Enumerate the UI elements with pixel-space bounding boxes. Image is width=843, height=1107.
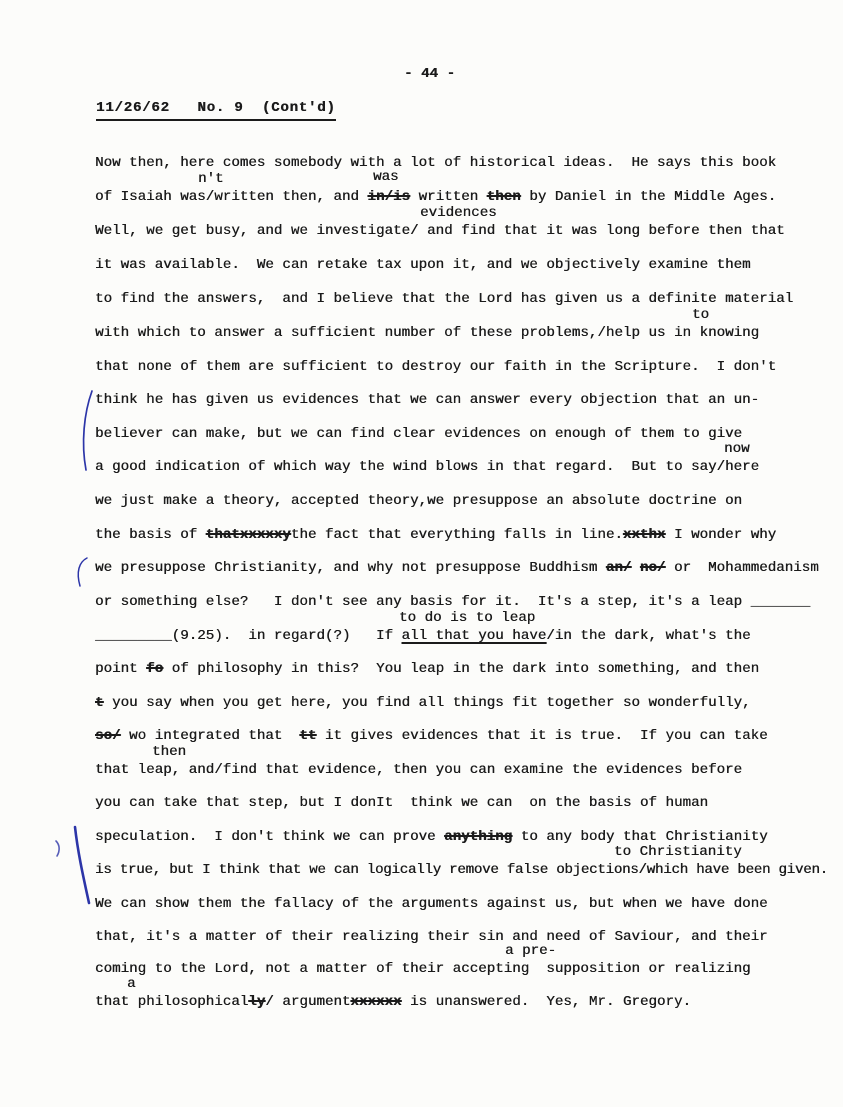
text-segment: wo integrated that <box>121 728 300 744</box>
text-segment: or something else? I don't see any basis… <box>95 594 751 610</box>
text-segment: the basis of <box>95 527 206 543</box>
struck-text: then <box>487 189 521 205</box>
struck-text: an/ <box>606 560 632 576</box>
doc-line: it was available. We can retake tax upon… <box>95 257 751 273</box>
struck-text: thatxxxxxy <box>206 527 291 543</box>
text-segment: the fact that everything falls in line. <box>291 527 623 543</box>
text-segment: of Isaiah was/written then, and <box>95 189 367 205</box>
struck-text: ly <box>248 994 265 1010</box>
struck-text: tt <box>299 728 316 744</box>
text-segment: you say when you get here, you find all … <box>104 695 751 711</box>
doc-line: think he has given us evidences that we … <box>95 392 759 408</box>
doc-line: coming to the Lord, not a matter of thei… <box>95 961 751 977</box>
text-segment: that none of them are sufficient to dest… <box>95 359 776 375</box>
struck-text: in/is <box>367 189 410 205</box>
text-segment: Now then, here comes somebody with a lot… <box>95 155 776 171</box>
text-segment: with which to answer a sufficient number… <box>95 325 759 341</box>
text-segment: _______ <box>751 594 811 610</box>
doc-line: we just make a theory, accepted theory,w… <box>95 493 742 509</box>
text-segment: to any body that Christianity <box>512 829 767 845</box>
doc-line: is true, but I think that we can logical… <box>95 862 828 878</box>
inserted-correction: n't <box>198 172 224 186</box>
inserted-correction: to <box>692 308 709 322</box>
text-segment: believer can make, but we can find clear… <box>95 426 742 442</box>
doc-line: that none of them are sufficient to dest… <box>95 359 776 375</box>
doc-line: We can show them the fallacy of the argu… <box>95 896 768 912</box>
text-segment: it gives evidences that it is true. If y… <box>316 728 767 744</box>
doc-line: to find the answers, and I believe that … <box>95 291 793 307</box>
text-segment: you can take that step, but I donIt thin… <box>95 795 708 811</box>
text-segment: /in the dark, what's the <box>546 628 750 644</box>
struck-text: xxthx <box>623 527 666 543</box>
inserted-correction: to Christianity <box>614 845 742 859</box>
text-segment: point <box>95 661 146 677</box>
inserted-correction: was <box>373 170 399 184</box>
struck-text: anything <box>444 829 512 845</box>
document-page: - 44 - 11/26/62 No. 9 (Cont'd) Now then,… <box>0 0 843 1107</box>
doc-line: of Isaiah was/written then, and in/is wr… <box>95 189 776 205</box>
text-segment: that philosophical <box>95 994 248 1010</box>
doc-body: Now then, here comes somebody with a lot… <box>0 0 843 1107</box>
inserted-correction: a pre- <box>505 944 556 958</box>
inserted-correction: evidences <box>420 206 497 220</box>
text-segment: that leap, and/find that evidence, then … <box>95 762 742 778</box>
doc-line: you can take that step, but I donIt thin… <box>95 795 708 811</box>
inserted-correction: then <box>152 745 186 759</box>
text-segment: to find the answers, and I believe that … <box>95 291 793 307</box>
doc-line: or something else? I don't see any basis… <box>95 594 810 610</box>
doc-line: a good indication of which way the wind … <box>95 459 759 475</box>
text-segment: or Mohammedanism <box>665 560 818 576</box>
struck-text: t <box>95 695 104 711</box>
doc-line: that, it's a matter of their realizing t… <box>95 929 768 945</box>
doc-line: Now then, here comes somebody with a lot… <box>95 155 776 171</box>
text-segment: / argument <box>265 994 350 1010</box>
doc-line: Well, we get busy, and we investigate/ a… <box>95 223 785 239</box>
struck-text: so/ <box>95 728 121 744</box>
text-segment: written <box>410 189 487 205</box>
struck-text: fo <box>146 661 163 677</box>
text-segment: I wonder why <box>665 527 776 543</box>
text-segment: _________(9.25). in regard(?) If <box>95 628 402 644</box>
text-segment: a good indication of which way the wind … <box>95 459 759 475</box>
doc-line: so/ wo integrated that tt it gives evide… <box>95 728 768 744</box>
doc-line: speculation. I don't think we can prove … <box>95 829 768 845</box>
doc-line: believer can make, but we can find clear… <box>95 426 742 442</box>
text-segment: of philosophy in this? You leap in the d… <box>163 661 759 677</box>
inserted-correction: to do is to leap <box>399 611 535 625</box>
text-segment: think he has given us evidences that we … <box>95 392 759 408</box>
doc-line: the basis of thatxxxxxythe fact that eve… <box>95 527 776 543</box>
struck-text: xxxxxx <box>350 994 401 1010</box>
text-segment: is true, but I think that we can logical… <box>95 862 828 878</box>
inserted-correction: a <box>127 977 136 991</box>
text-segment: We can show them the fallacy of the argu… <box>95 896 768 912</box>
underlined-text: all that you have <box>402 628 547 644</box>
text-segment <box>631 560 640 576</box>
struck-text: no/ <box>640 560 666 576</box>
doc-line: we presuppose Christianity, and why not … <box>95 560 819 576</box>
text-segment: speculation. I don't think we can prove <box>95 829 444 845</box>
doc-line: t you say when you get here, you find al… <box>95 695 751 711</box>
text-segment: we just make a theory, accepted theory,w… <box>95 493 742 509</box>
text-segment: Well, we get busy, and we investigate/ a… <box>95 223 785 239</box>
text-segment: coming to the Lord, not a matter of thei… <box>95 961 751 977</box>
doc-line: point fo of philosophy in this? You leap… <box>95 661 759 677</box>
text-segment: we presuppose Christianity, and why not … <box>95 560 606 576</box>
doc-line: with which to answer a sufficient number… <box>95 325 759 341</box>
inserted-correction: now <box>724 442 750 456</box>
text-segment: it was available. We can retake tax upon… <box>95 257 751 273</box>
doc-line: that philosophically/ argumentxxxxxx is … <box>95 994 691 1010</box>
doc-line: _________(9.25). in regard(?) If all tha… <box>95 628 751 644</box>
doc-line: that leap, and/find that evidence, then … <box>95 762 742 778</box>
text-segment: by Daniel in the Middle Ages. <box>521 189 776 205</box>
text-segment: is unanswered. Yes, Mr. Gregory. <box>402 994 691 1010</box>
text-segment: that, it's a matter of their realizing t… <box>95 929 768 945</box>
